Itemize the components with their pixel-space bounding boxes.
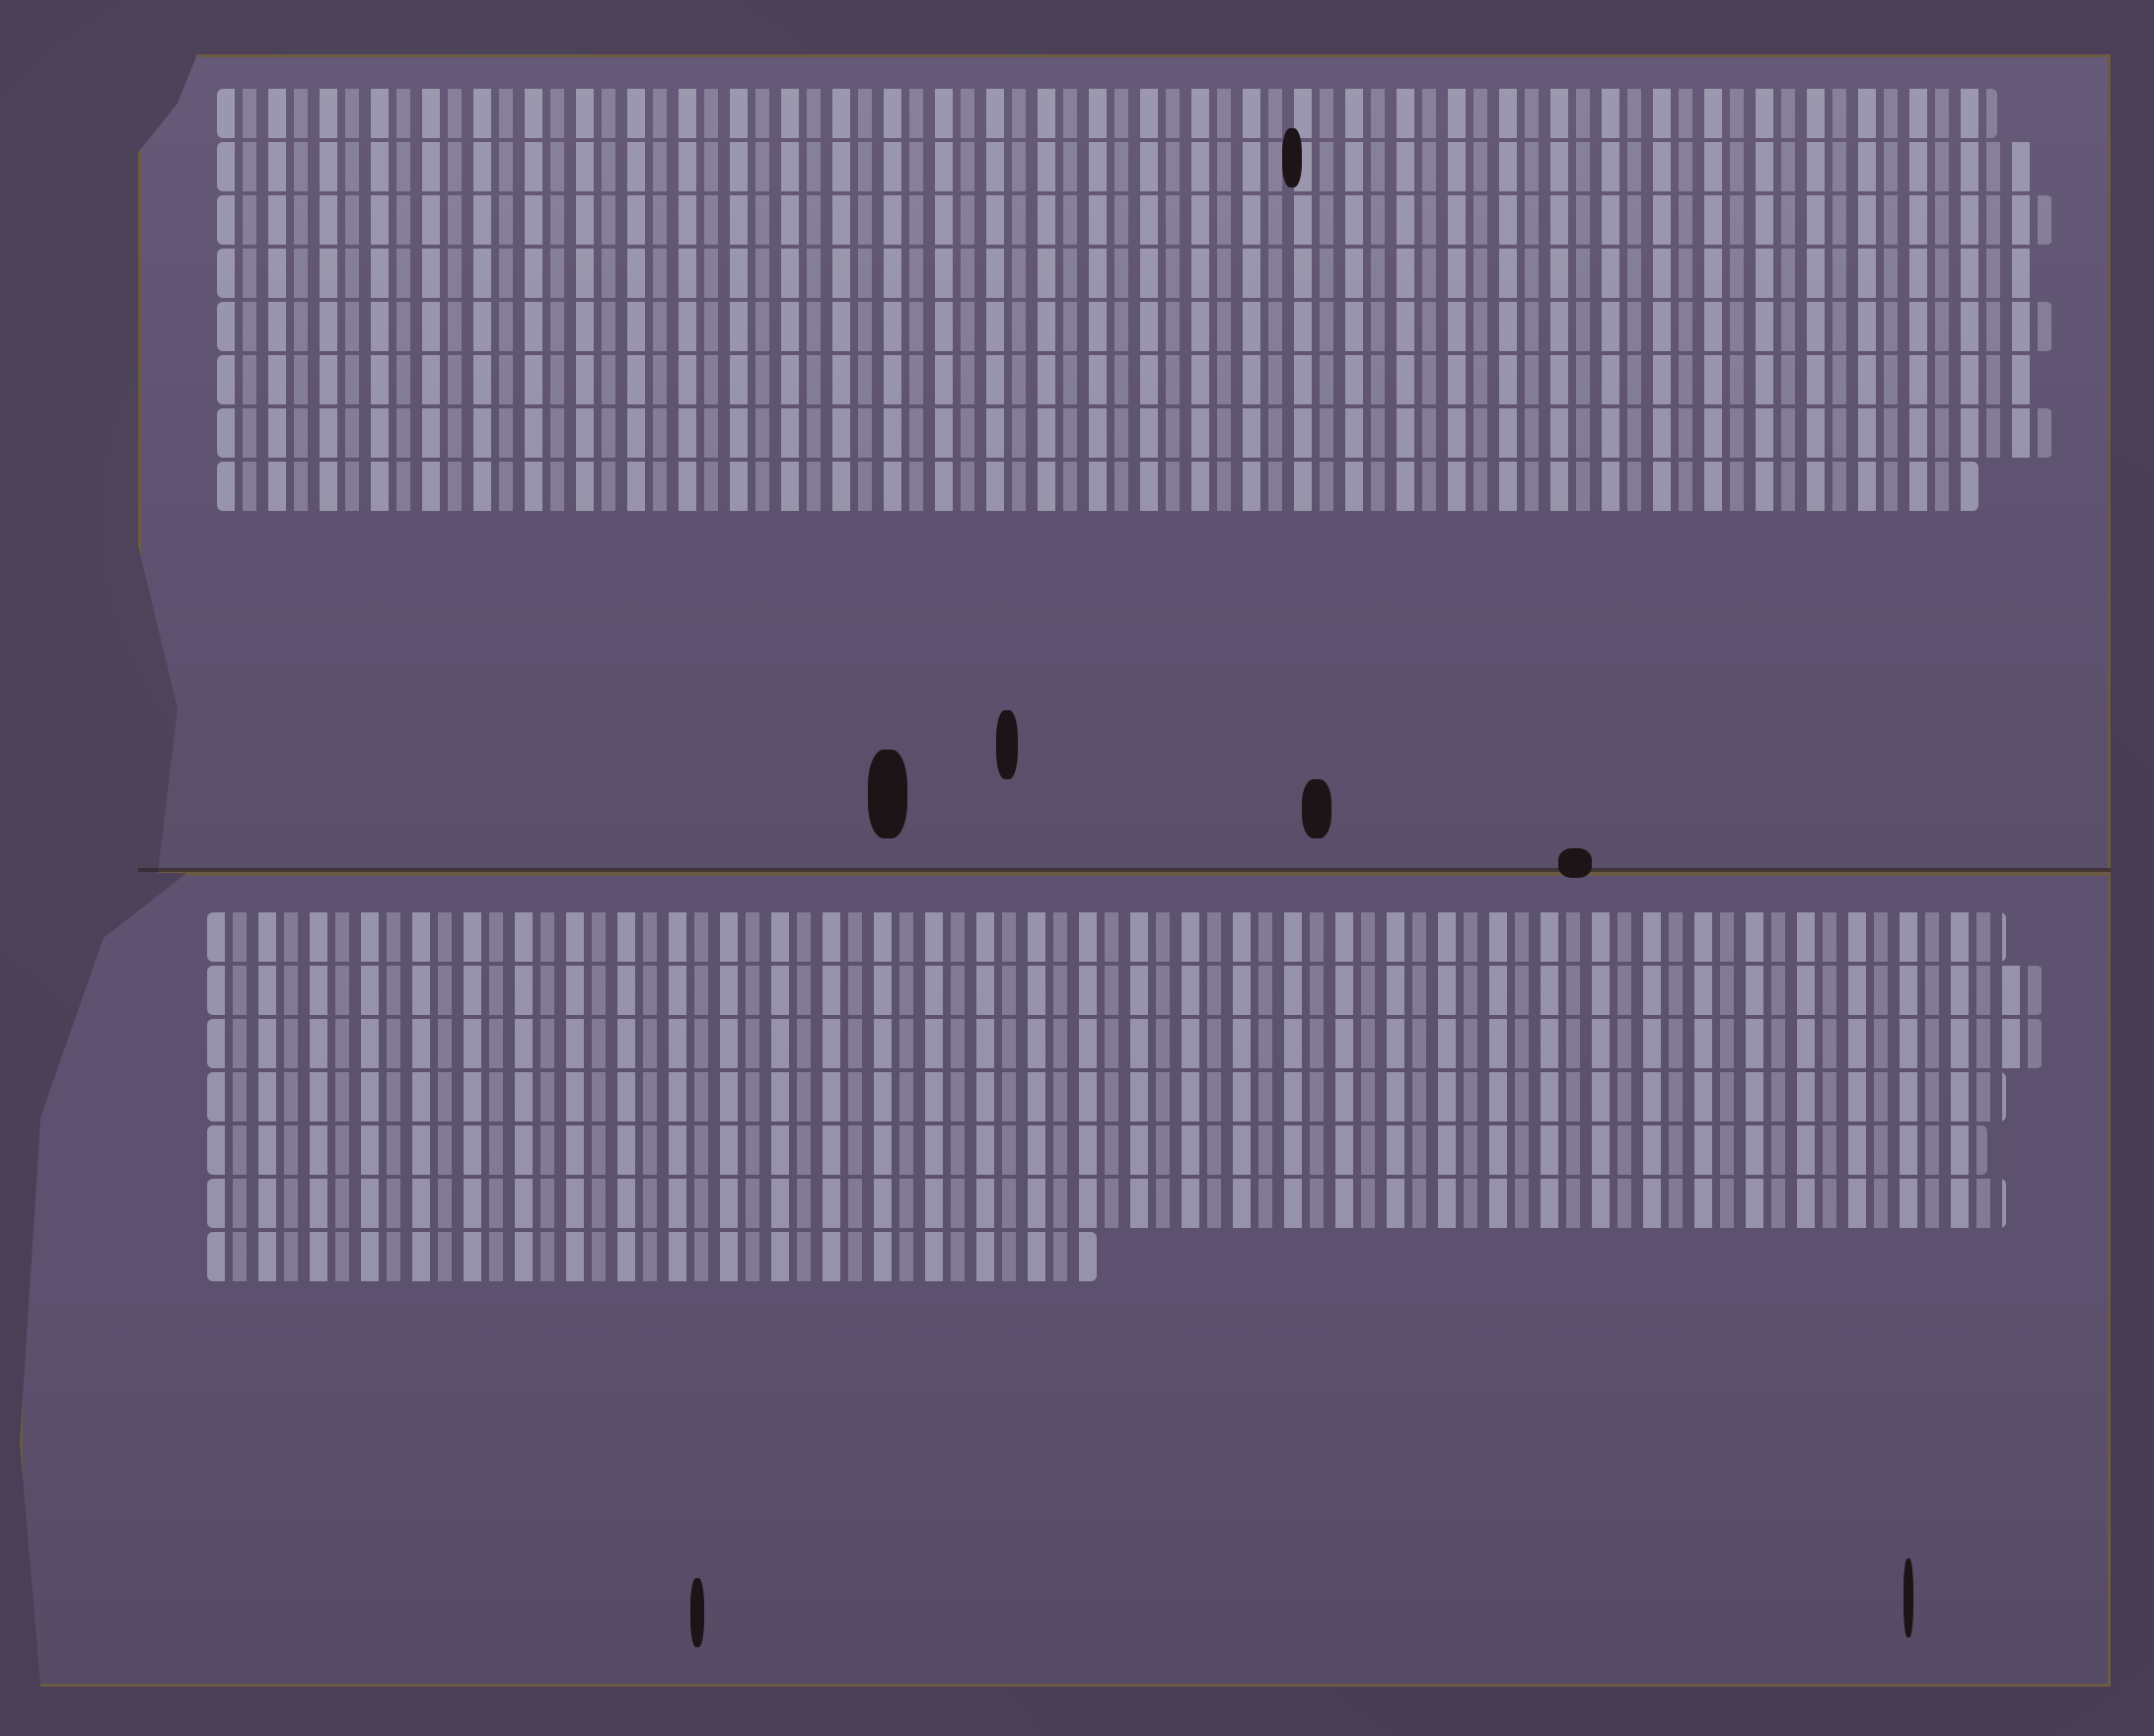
script-line <box>207 1019 2043 1068</box>
damage-hole <box>1302 779 1331 838</box>
damage-hole <box>1903 1558 1913 1637</box>
damage-hole <box>868 750 907 838</box>
script-line <box>207 1125 1987 1175</box>
script-line <box>217 89 1997 138</box>
script-line <box>217 142 2034 191</box>
damage-hole <box>1558 848 1592 878</box>
script-line <box>207 1179 2006 1228</box>
script-line <box>217 462 1978 511</box>
script-lines-bottom <box>207 912 2061 1285</box>
damage-hole <box>1282 128 1302 187</box>
script-line <box>217 355 2034 404</box>
fold-line <box>138 868 2111 872</box>
script-line <box>207 912 2006 962</box>
damage-hole <box>996 710 1018 779</box>
script-line <box>217 302 2052 351</box>
script-line <box>217 408 2052 458</box>
script-line <box>217 195 2052 245</box>
script-lines-top <box>217 89 2071 515</box>
manuscript-bottom-panel <box>20 873 2111 1687</box>
damage-hole <box>690 1578 704 1647</box>
script-line <box>207 1232 1097 1281</box>
script-line <box>207 1072 2006 1121</box>
manuscript-top-panel <box>138 54 2111 873</box>
script-line <box>217 249 2034 298</box>
script-line <box>207 966 2043 1015</box>
